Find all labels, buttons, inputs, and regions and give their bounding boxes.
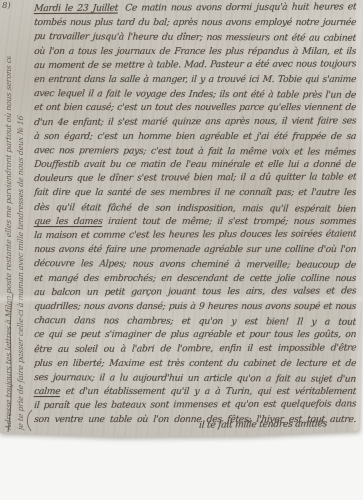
handwriting-line: il paraît que les bateaux sont immenses … <box>33 398 356 414</box>
paper-shadow: 8) Mardi le 23 JuilletCe matin nous avon… <box>0 0 363 500</box>
handwriting-line: découvre les Alpes; nous avons cheminé à… <box>33 257 356 273</box>
handwriting-line: tombés nous plus tard du bal; après nous… <box>33 16 356 30</box>
margin-flourish <box>2 292 36 438</box>
handwriting-line: et ont bien causé; c'est un tout des nou… <box>33 101 356 115</box>
scan-background: 8) Mardi le 23 JuilletCe matin nous avon… <box>0 0 363 500</box>
handwriting-line: pu travailler jusqu'à l'heure du dîner; … <box>33 30 356 46</box>
handwriting-line: douleurs que le dîner s'est trouvé bien … <box>33 171 356 187</box>
handwriting-line: la maison et comme c'est les heures les … <box>33 227 356 243</box>
closing-line: il te fait mille tendres amitiés <box>199 418 328 430</box>
handwriting-line: plus en liberté; Maxime est très content… <box>33 357 356 371</box>
handwriting-line: Mardi le 23 JuilletCe matin nous avons d… <box>33 0 356 16</box>
underlined-words: que les dames <box>34 216 103 227</box>
handwriting-line: quadrilles; nous avons dansé; puis à 9 h… <box>33 300 356 314</box>
handwriting-line: être au soleil ou à l'abri de l'ombre, e… <box>33 341 356 357</box>
handwriting-line: à son égard; c'est un homme bien agréabl… <box>33 130 356 144</box>
handwriting-line: fait dire que la santé de ses membres il… <box>33 186 356 200</box>
handwriting-line: en entrant dans la salle à manger, il y … <box>33 73 356 87</box>
handwriting-line: nous avons été faire une promenade agréa… <box>33 243 356 257</box>
letter-body: Mardi le 23 JuilletCe matin nous avons d… <box>34 2 356 428</box>
handwriting-line: d'un 4e enfant; il s'est marié quinze an… <box>33 114 356 130</box>
underlined-words: calme <box>34 386 61 397</box>
letter-paper: 8) Mardi le 23 JuilletCe matin nous avon… <box>0 0 363 443</box>
handwriting-line: au moment de se mettre à table. Mad. Pas… <box>33 57 356 73</box>
date-heading: Mardi le 23 Juillet <box>34 3 119 14</box>
handwriting-line: ce qui se peut s'imaginer de plus agréab… <box>33 328 356 342</box>
handwriting-line: au balcon un petit garçon jouant tous le… <box>33 284 356 300</box>
page-number: 8) <box>2 1 11 11</box>
